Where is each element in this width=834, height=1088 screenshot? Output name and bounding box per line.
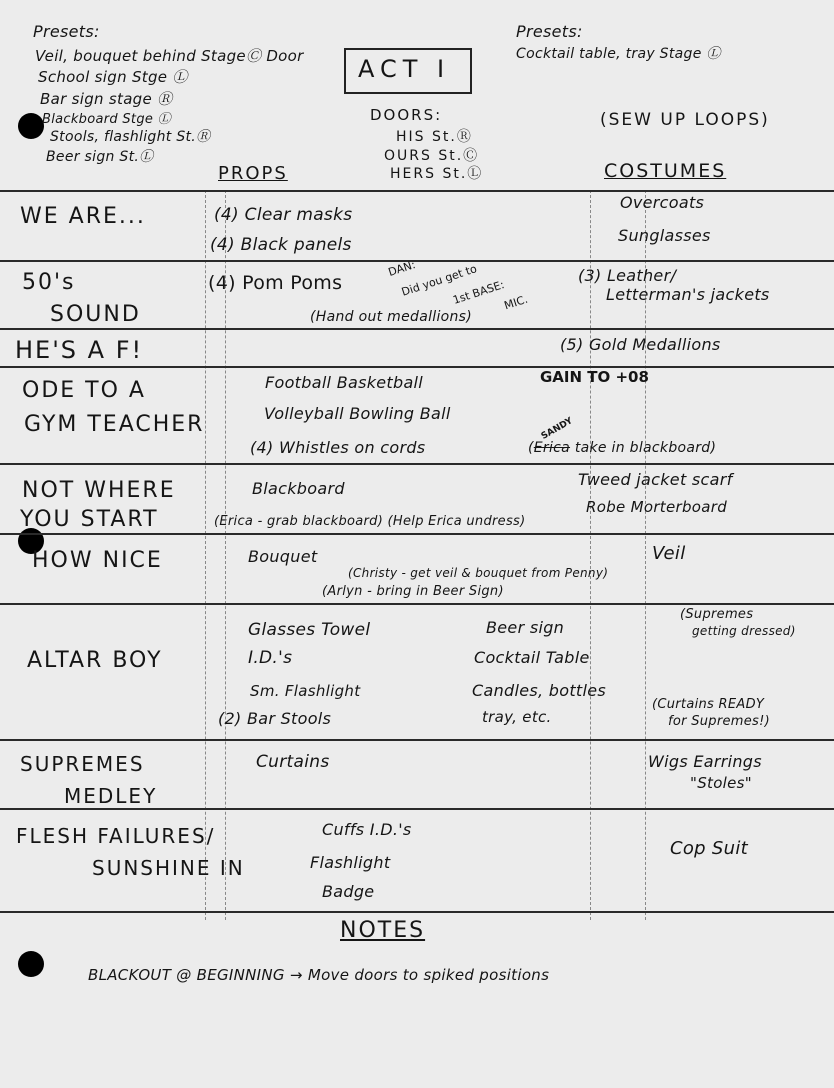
preset-item: Bar sign stage Ⓡ <box>40 88 172 109</box>
prop-item: I.D.'s <box>248 648 292 668</box>
side-note: MIC. <box>503 293 530 313</box>
side-note: 1st BASE: <box>451 278 506 307</box>
row-divider <box>0 808 834 810</box>
prop-item: Volleyball Bowling Ball <box>264 404 451 423</box>
costume-item: (3) Leather/ <box>578 266 676 285</box>
costume-item: Sunglasses <box>618 226 711 245</box>
notes-title: NOTES <box>340 918 425 943</box>
song-title: SUPREMES <box>20 752 145 776</box>
note-insert: SANDY <box>540 416 575 442</box>
prop-item: Beer sign <box>486 618 564 637</box>
prop-item: Cuffs I.D.'s <box>322 820 412 839</box>
costume-item: Tweed jacket scarf <box>578 470 733 489</box>
costume-item: "Stoles" <box>690 774 752 792</box>
preset-item: Blackboard Stge Ⓛ <box>42 108 171 127</box>
prop-item: (4) Black panels <box>210 235 352 255</box>
prop-item: Blackboard <box>252 479 345 498</box>
costume-note: (Curtains READY <box>652 697 764 712</box>
prop-item: Badge <box>322 882 374 901</box>
door-item: HIS St.Ⓡ <box>396 126 473 146</box>
door-item: OURS St.Ⓒ <box>384 145 479 165</box>
costume-item: Wigs Earrings <box>648 752 762 771</box>
song-title: NOT WHERE <box>22 478 176 503</box>
struck-name: Erica <box>534 440 570 456</box>
prop-item: Cocktail Table <box>474 648 590 667</box>
doors-title: DOORS: <box>370 106 442 124</box>
song-title: SUNSHINE IN <box>92 856 245 880</box>
prop-item: Candles, bottles <box>472 681 606 700</box>
prop-item: Flashlight <box>310 853 390 872</box>
preset-item: Stools, flashlight St.Ⓡ <box>50 126 210 146</box>
prop-item: Curtains <box>256 752 329 772</box>
song-title: MEDLEY <box>64 784 157 808</box>
prop-item: (Hand out medallions) <box>310 309 472 325</box>
row-divider <box>0 603 834 605</box>
song-title: WE ARE... <box>20 204 146 229</box>
costume-item: (5) Gold Medallions <box>560 335 721 354</box>
row-divider <box>0 190 834 192</box>
row-divider <box>0 328 834 330</box>
prop-item: Sm. Flashlight <box>250 682 360 700</box>
prop-item: (4) Whistles on cords <box>250 438 425 457</box>
song-title: ODE TO A <box>22 378 146 403</box>
prop-item: (4) Clear masks <box>214 205 352 225</box>
row-divider <box>0 366 834 368</box>
note-text: take in blackboard) <box>575 440 716 456</box>
column-divider <box>205 190 206 920</box>
presets-right-title: Presets: <box>516 22 583 41</box>
song-title: HOW NICE <box>32 548 163 573</box>
note-item: BLACKOUT @ BEGINNING → Move doors to spi… <box>88 966 549 984</box>
costume-note: for Supremes!) <box>668 714 770 729</box>
costumes-header: COSTUMES <box>604 160 726 182</box>
sew-note: (SEW UP LOOPS) <box>600 110 770 130</box>
song-title: GYM TEACHER <box>24 412 204 437</box>
row-divider <box>0 911 834 913</box>
costume-item: Letterman's jackets <box>606 285 770 304</box>
row-divider <box>0 463 834 465</box>
prop-item: Football Basketball <box>265 373 423 392</box>
prop-item: (4) Pom Poms <box>208 272 342 294</box>
prop-note: (Christy - get veil & bouquet from Penny… <box>348 566 608 580</box>
prop-note: (Erica - grab blackboard) (Help Erica un… <box>214 514 526 529</box>
costume-item: Cop Suit <box>670 838 748 859</box>
prop-item: Glasses Towel <box>248 620 370 640</box>
props-header: PROPS <box>218 163 288 184</box>
preset-item: Cocktail table, tray Stage Ⓛ <box>516 43 721 63</box>
preset-item: Veil, bouquet behind StageⒸ Door <box>35 45 304 66</box>
prop-note: (Arlyn - bring in Beer Sign) <box>322 584 504 599</box>
song-title: SOUND <box>50 302 141 327</box>
column-divider <box>590 190 591 920</box>
act-title: ACT I <box>358 55 450 83</box>
song-title: FLESH FAILURES/ <box>16 824 215 848</box>
sound-cue: GAIN TO +08 <box>540 368 649 386</box>
song-title: ALTAR BOY <box>27 648 163 673</box>
preset-item: School sign Stge Ⓛ <box>38 66 188 87</box>
song-title: HE'S A F! <box>15 336 143 364</box>
presets-left-title: Presets: <box>33 22 100 41</box>
prop-item: tray, etc. <box>482 708 552 726</box>
costume-note: getting dressed) <box>692 624 796 638</box>
preset-item: Beer sign St.Ⓛ <box>46 146 153 166</box>
punch-hole <box>18 951 44 977</box>
door-item: HERS St.Ⓛ <box>390 163 483 183</box>
costume-item: Overcoats <box>620 193 704 212</box>
costume-note: (Supremes <box>680 607 753 622</box>
costume-item: Veil <box>652 543 686 564</box>
song-title: 50's <box>22 270 76 295</box>
song-title: YOU START <box>20 507 159 532</box>
row-divider <box>0 533 834 535</box>
stage-note: (Erica take in blackboard) <box>528 440 716 456</box>
prop-item: Bouquet <box>248 547 317 566</box>
costume-item: Robe Morterboard <box>586 498 727 516</box>
row-divider <box>0 739 834 741</box>
row-divider <box>0 260 834 262</box>
prop-item: (2) Bar Stools <box>218 709 331 728</box>
punch-hole <box>18 113 44 139</box>
column-divider <box>225 190 226 920</box>
